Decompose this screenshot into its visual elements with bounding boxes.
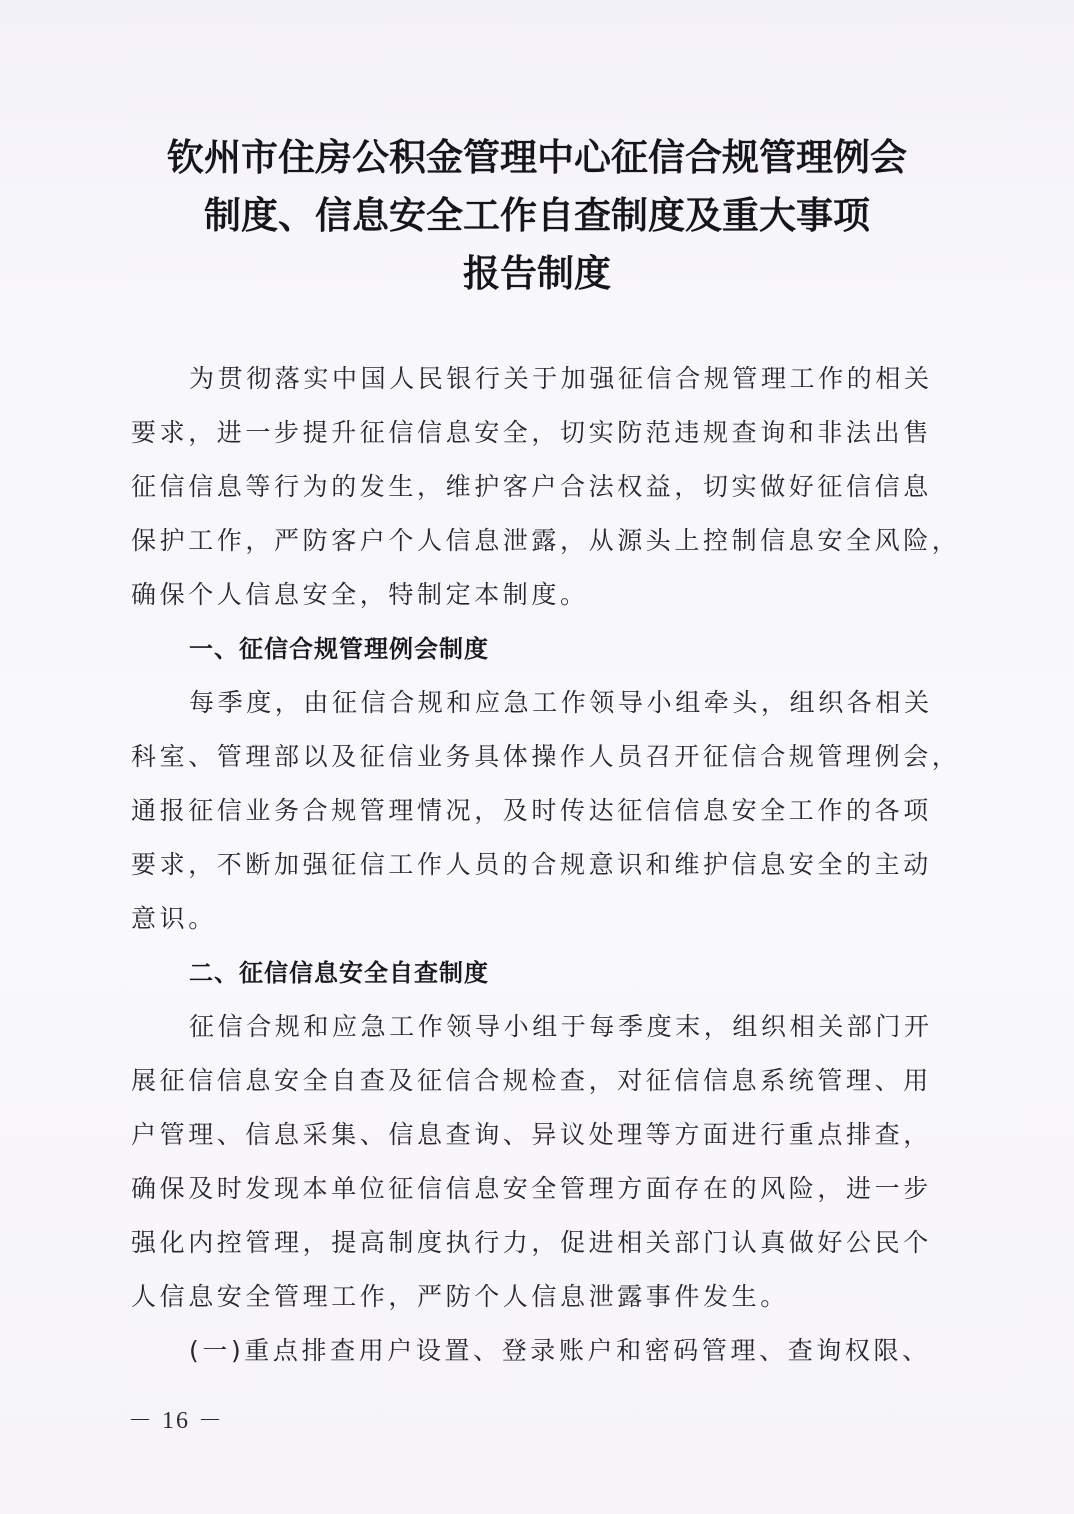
paragraph-line: 意识。: [131, 892, 943, 946]
intro-paragraph: 为贯彻落实中国人民银行关于加强征信合规管理工作的相关 要求，进一步提升征信信息安…: [131, 352, 943, 622]
document-title: 钦州市住房公积金管理中心征信合规管理例会 制度、信息安全工作自查制度及重大事项 …: [120, 128, 954, 302]
section-heading: 一、征信合规管理例会制度: [131, 622, 943, 676]
subitem-line: (一)重点排查用户设置、登录账户和密码管理、查询权限、: [131, 1324, 943, 1378]
paragraph-line: 科室、管理部以及征信业务具体操作人员召开征信合规管理例会，: [131, 730, 943, 784]
paragraph-line: 通报征信业务合规管理情况，及时传达征信信息安全工作的各项: [131, 784, 943, 838]
title-line-3: 报告制度: [120, 244, 954, 302]
paragraph-line: 人信息安全管理工作，严防个人信息泄露事件发生。: [131, 1270, 943, 1324]
paragraph-line: 每季度，由征信合规和应急工作领导小组牵头，组织各相关: [131, 676, 943, 730]
title-line-2: 制度、信息安全工作自查制度及重大事项: [120, 186, 954, 244]
paragraph-line: 强化内控管理，提高制度执行力，促进相关部门认真做好公民个: [131, 1216, 943, 1270]
paragraph-line: 要求，进一步提升征信信息安全，切实防范违规查询和非法出售: [131, 406, 943, 460]
paragraph-line: 征信合规和应急工作领导小组于每季度末，组织相关部门开: [131, 1000, 943, 1054]
paragraph-line: 保护工作，严防客户个人信息泄露，从源头上控制信息安全风险，: [131, 514, 943, 568]
paragraph-line: 征信信息等行为的发生，维护客户合法权益，切实做好征信信息: [131, 460, 943, 514]
paragraph-line: 户管理、信息采集、信息查询、异议处理等方面进行重点排查，: [131, 1108, 943, 1162]
paragraph-line: 为贯彻落实中国人民银行关于加强征信合规管理工作的相关: [131, 352, 943, 406]
paragraph-line: 确保及时发现本单位征信信息安全管理方面存在的风险，进一步: [131, 1162, 943, 1216]
paragraph-line: 要求，不断加强征信工作人员的合规意识和维护信息安全的主动: [131, 838, 943, 892]
page-number: － 16 －: [128, 1400, 224, 1435]
document-page: 钦州市住房公积金管理中心征信合规管理例会 制度、信息安全工作自查制度及重大事项 …: [0, 0, 1074, 1514]
section-meeting-system: 一、征信合规管理例会制度 每季度，由征信合规和应急工作领导小组牵头，组织各相关 …: [131, 622, 943, 946]
document-body: 为贯彻落实中国人民银行关于加强征信合规管理工作的相关 要求，进一步提升征信信息安…: [131, 352, 943, 1378]
paragraph-line: 确保个人信息安全，特制定本制度。: [131, 568, 943, 622]
section-self-inspection: 二、征信信息安全自查制度 征信合规和应急工作领导小组于每季度末，组织相关部门开 …: [131, 946, 943, 1378]
title-line-1: 钦州市住房公积金管理中心征信合规管理例会: [120, 128, 954, 186]
paragraph-line: 展征信信息安全自查及征信合规检查，对征信信息系统管理、用: [131, 1054, 943, 1108]
section-heading: 二、征信信息安全自查制度: [131, 946, 943, 1000]
